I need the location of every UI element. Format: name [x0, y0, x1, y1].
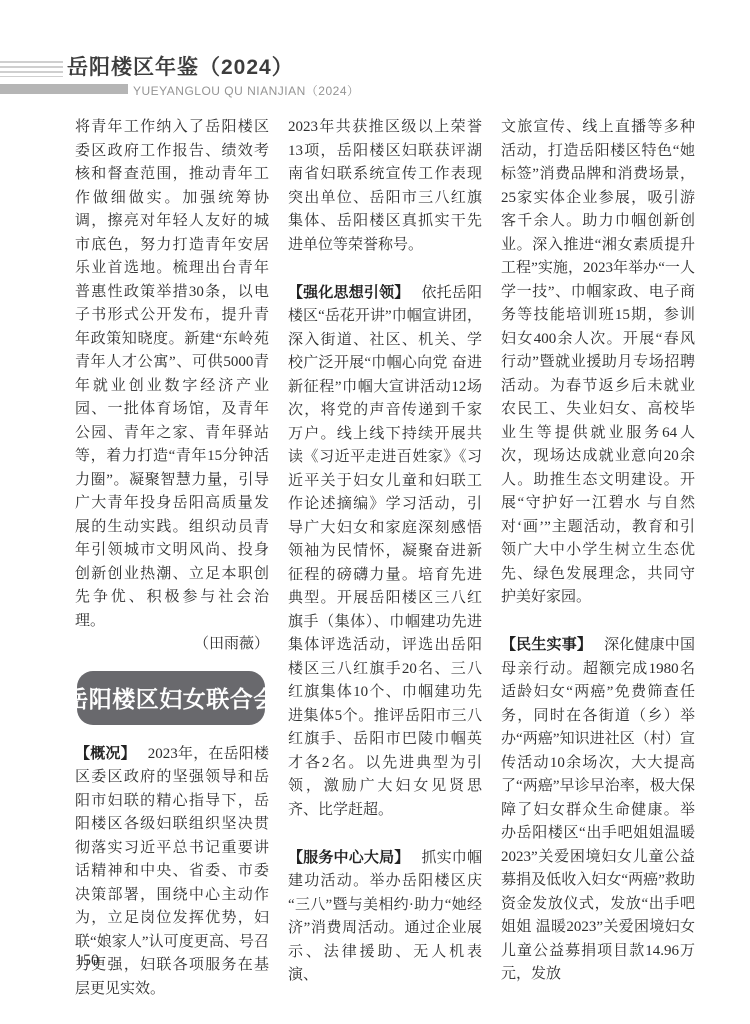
yearbook-page: 岳阳楼区年鉴（2024） YUEYANGLOU QU NIANJIAN（2024… — [0, 0, 750, 1024]
page-number: 150 — [75, 952, 99, 970]
column-3: 文旅宣传、线上直播等多种活动，打造岳阳楼区特色“她标签”消费品牌和消费场景，25… — [501, 116, 695, 1001]
entry-label-thought-leading: 【强化思想引领】 — [288, 284, 409, 301]
entry-label-service-center: 【服务中心大局】 — [288, 849, 409, 866]
header-stripes-decoration — [0, 61, 63, 77]
content-columns: 将青年工作纳入了岳阳楼区委区政府工作报告、绩效考核和督查范围，推动青年工作做细做… — [75, 116, 695, 1001]
activities-paragraph: 文旅宣传、线上直播等多种活动，打造岳阳楼区特色“她标签”消费品牌和消费场景，25… — [501, 116, 695, 610]
header-bar-decoration — [0, 84, 128, 94]
byline: （田雨薇） — [75, 633, 269, 657]
entry-label-livelihood: 【民生实事】 — [501, 636, 592, 653]
entry-text-service-center: 抓实巾帼建功活动。举办岳阳楼区庆“三八”暨与美相约·助力“她经济”消费周活动。通… — [288, 850, 482, 984]
service-center-paragraph: 【服务中心大局】抓实巾帼建功活动。举办岳阳楼区庆“三八”暨与美相约·助力“她经济… — [288, 846, 482, 988]
section-title-pill: 岳阳楼区妇女联合会 — [77, 671, 265, 725]
page-header: 岳阳楼区年鉴（2024） YUEYANGLOU QU NIANJIAN（2024… — [0, 56, 750, 100]
entry-text-overview: 2023年，在岳阳楼区委区政府的坚强领导和岳阳市妇联的精心指导下，岳阳楼区各级妇… — [75, 746, 269, 997]
header-subtitle-row: YUEYANGLOU QU NIANJIAN（2024） — [0, 82, 750, 96]
entry-text-livelihood: 深化健康中国母亲行动。超额完成1980名适龄妇女“两癌”免费筛查任务，同时在各街… — [501, 637, 695, 982]
entry-label-overview: 【概况】 — [75, 745, 136, 762]
section-title: 岳阳楼区妇女联合会 — [65, 681, 277, 714]
column-1: 将青年工作纳入了岳阳楼区委区政府工作报告、绩效考核和督查范围，推动青年工作做细做… — [75, 116, 269, 1001]
youth-work-paragraph: 将青年工作纳入了岳阳楼区委区政府工作报告、绩效考核和督查范围，推动青年工作做细做… — [75, 116, 269, 633]
livelihood-paragraph: 【民生实事】深化健康中国母亲行动。超额完成1980名适龄妇女“两癌”免费筛查任务… — [501, 633, 695, 987]
overview-paragraph: 【概况】2023年，在岳阳楼区委区政府的坚强领导和岳阳市妇联的精心指导下，岳阳楼… — [75, 742, 269, 1002]
thought-leading-paragraph: 【强化思想引领】依托岳阳楼区“岳花开讲”巾帼宣讲团，深入街道、社区、机关、学校广… — [288, 281, 482, 823]
page-subtitle: YUEYANGLOU QU NIANJIAN（2024） — [133, 82, 360, 99]
entry-text-thought-leading: 依托岳阳楼区“岳花开讲”巾帼宣讲团，深入街道、社区、机关、学校广泛开展“巾帼心向… — [288, 285, 482, 818]
honors-paragraph: 2023年共获推区级以上荣誉13项，岳阳楼区妇联获评湖南省妇联系统宣传工作表现突… — [288, 116, 482, 257]
column-2: 2023年共获推区级以上荣誉13项，岳阳楼区妇联获评湖南省妇联系统宣传工作表现突… — [288, 116, 482, 1001]
page-title: 岳阳楼区年鉴（2024） — [67, 56, 750, 80]
